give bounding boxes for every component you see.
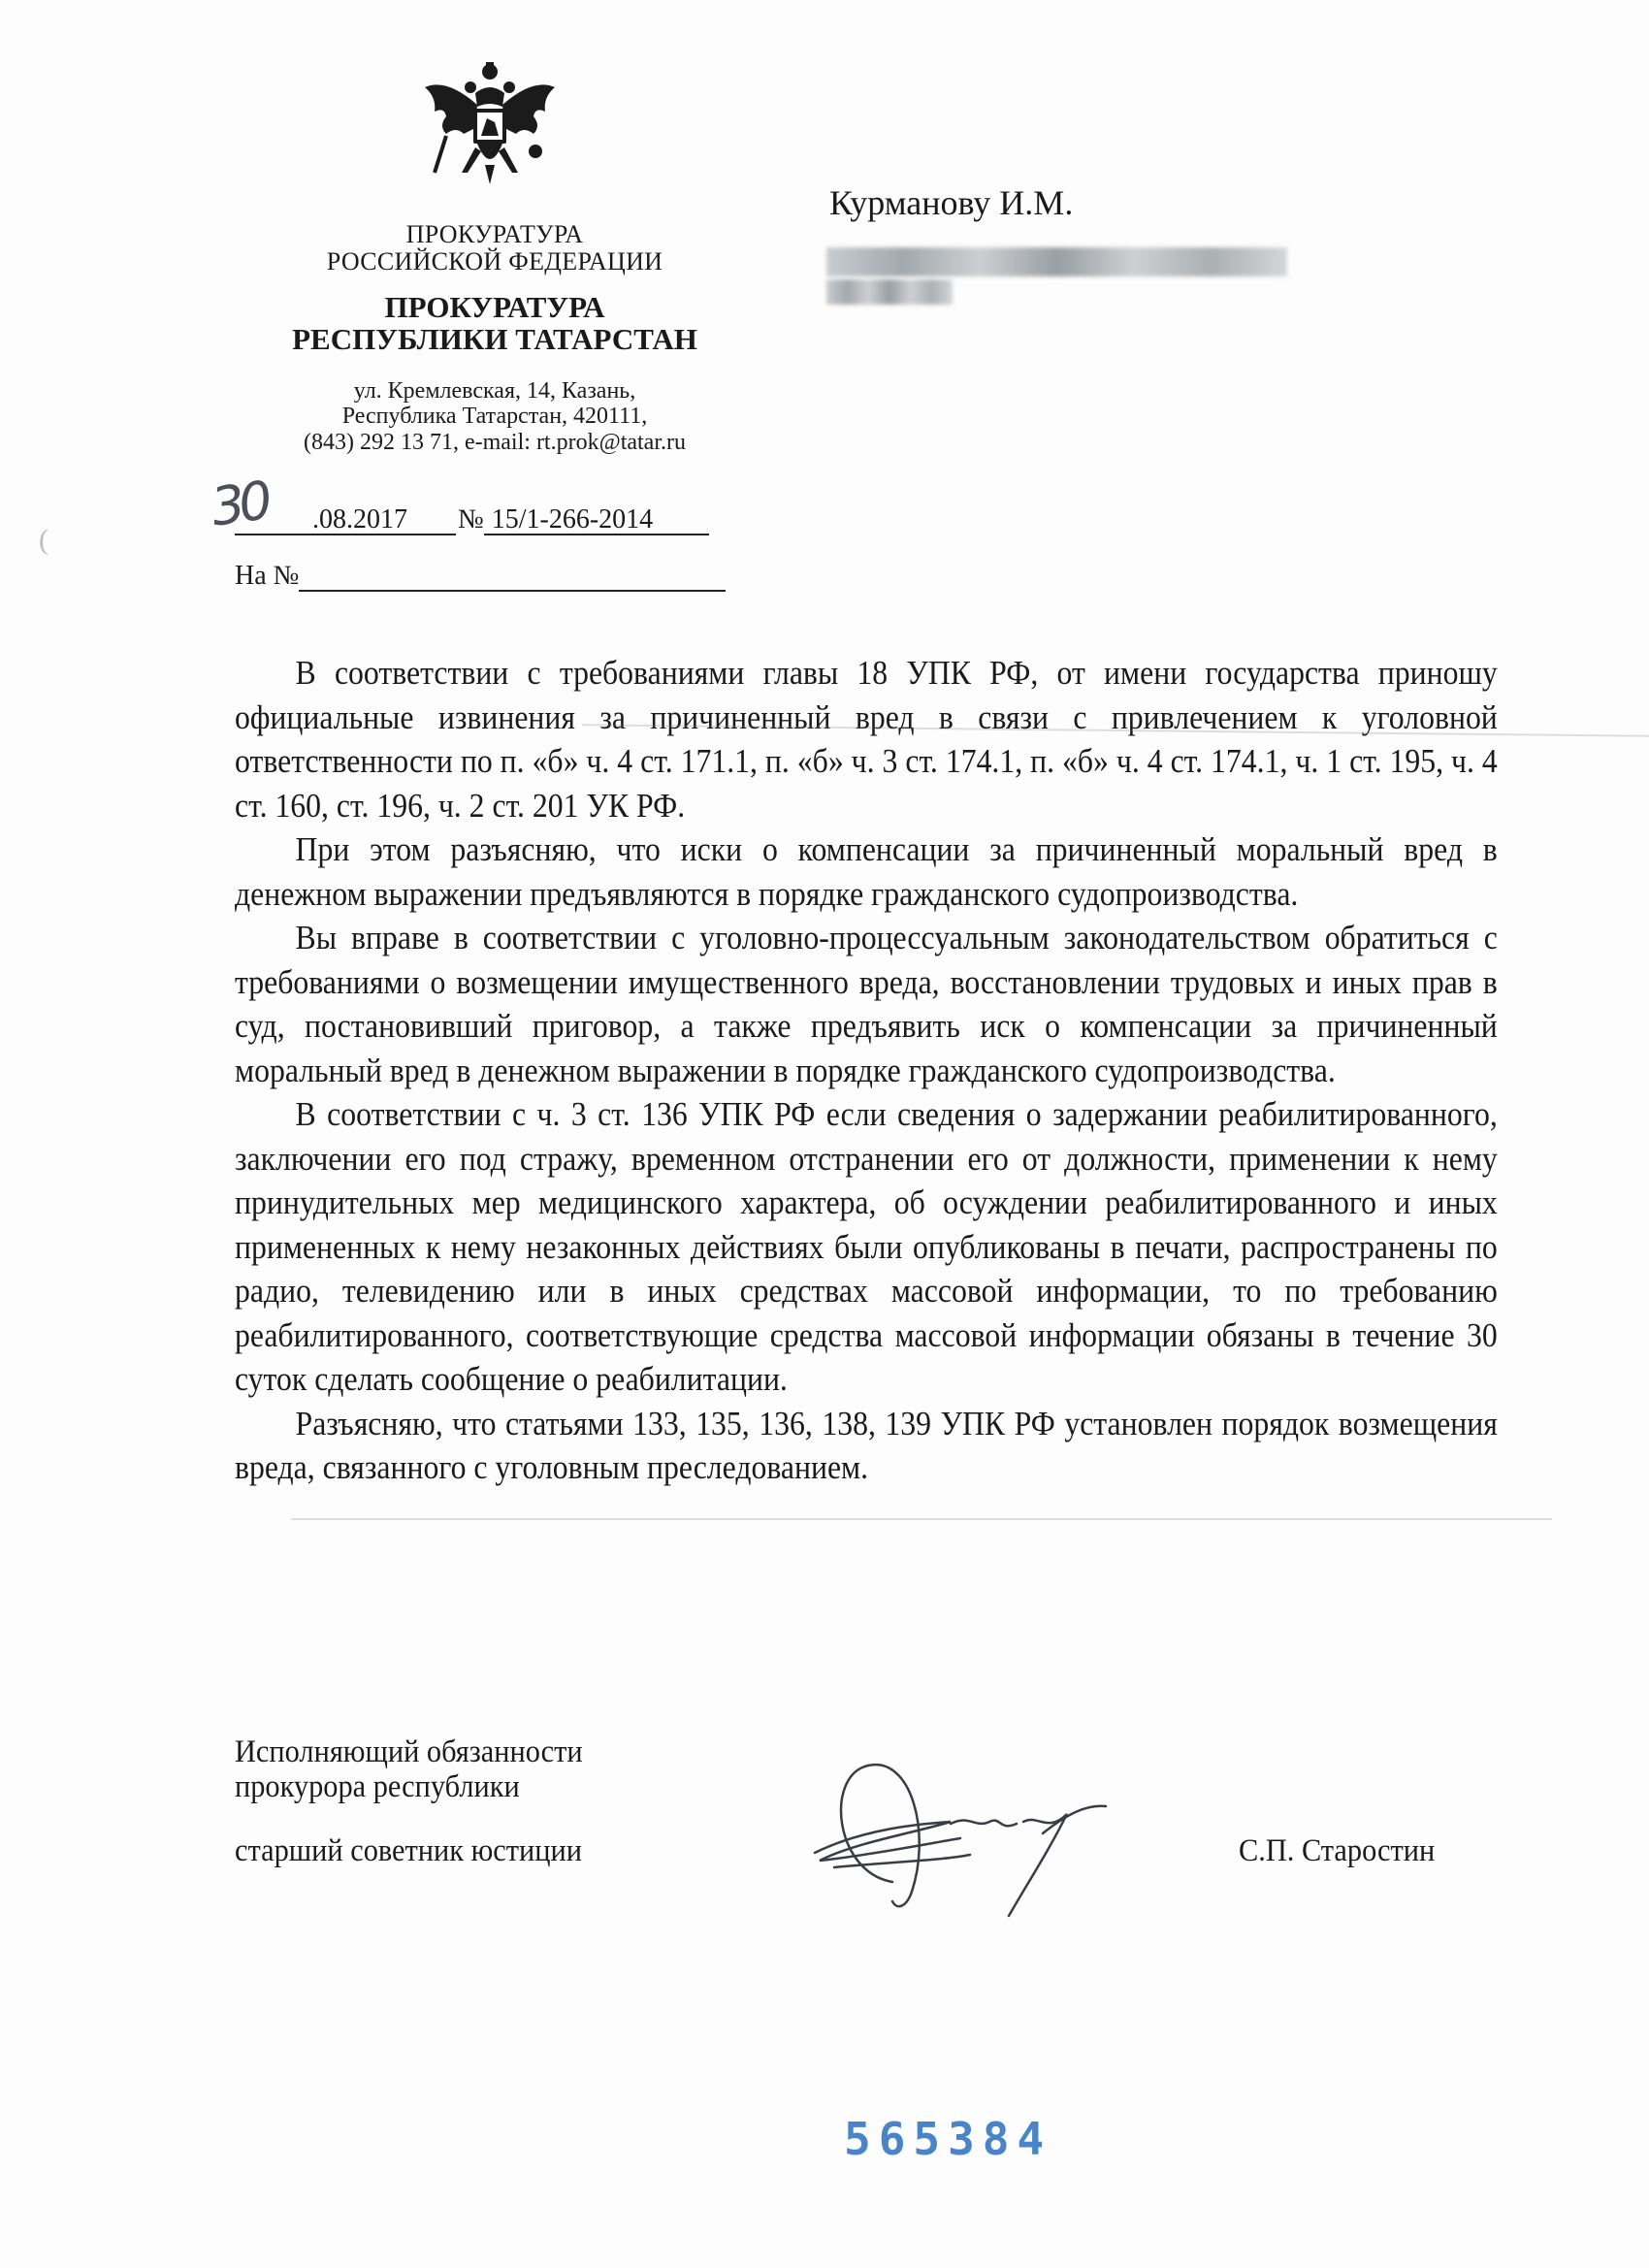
outgoing-date: .08.2017 bbox=[235, 504, 456, 535]
paper-crease bbox=[291, 1518, 1552, 1520]
address-line-1: ул. Кремлевская, 14, Казань, bbox=[233, 378, 757, 404]
org-line-2: РОССИЙСКОЙ ФЕДЕРАЦИИ bbox=[233, 248, 757, 275]
body-paragraph: Разъясняю, что статьями 133, 135, 136, 1… bbox=[235, 1403, 1498, 1491]
position-line-1: Исполняющий обязанности bbox=[235, 1734, 583, 1769]
letter-body: В соответствии с требованиями главы 18 У… bbox=[235, 652, 1498, 1491]
recipient-name: Курманову И.М. bbox=[829, 182, 1073, 223]
org-line-1: ПРОКУРАТУРА bbox=[233, 221, 757, 248]
signer-position: Исполняющий обязанности прокурора респуб… bbox=[235, 1734, 583, 1804]
dept-line-2: РЕСПУБЛИКИ ТАТАРСТАН bbox=[233, 323, 757, 355]
in-reply-reference: На № bbox=[235, 561, 726, 592]
org-address: ул. Кремлевская, 14, Казань, Республика … bbox=[233, 378, 757, 455]
in-reply-blank bbox=[299, 561, 726, 592]
org-name-regional: ПРОКУРАТУРА РЕСПУБЛИКИ ТАТАРСТАН bbox=[233, 291, 757, 356]
address-line-2: Республика Татарстан, 420111, bbox=[233, 404, 757, 429]
org-name-federal: ПРОКУРАТУРА РОССИЙСКОЙ ФЕДЕРАЦИИ bbox=[233, 221, 757, 275]
redacted-address-line-2 bbox=[826, 279, 953, 305]
body-paragraph: В соответствии с ч. 3 ст. 136 УПК РФ есл… bbox=[235, 1093, 1498, 1403]
scan-speck: ( bbox=[39, 524, 48, 557]
serial-number-stamp: 565384 bbox=[844, 2113, 1051, 2165]
number-value: 15/1-266-2014 bbox=[492, 504, 653, 535]
outgoing-reference: .08.2017№15/1-266-2014 bbox=[235, 504, 709, 535]
coat-of-arms-icon bbox=[417, 58, 563, 194]
body-paragraph: При этом разъясняю, что иски о компенсац… bbox=[235, 828, 1498, 917]
signer-rank: старший советник юстиции bbox=[235, 1833, 582, 1869]
letter-page: ПРОКУРАТУРА РОССИЙСКОЙ ФЕДЕРАЦИИ ПРОКУРА… bbox=[0, 0, 1649, 2268]
date-text: .08.2017 bbox=[312, 504, 407, 535]
number-label: № bbox=[458, 504, 484, 535]
outgoing-number: 15/1-266-2014 bbox=[484, 504, 709, 535]
dept-line-1: ПРОКУРАТУРА bbox=[233, 291, 757, 323]
signer-name: С.П. Старостин bbox=[1239, 1833, 1435, 1869]
handwritten-signature-icon bbox=[776, 1746, 1203, 1930]
body-paragraph: В соответствии с требованиями главы 18 У… bbox=[235, 652, 1498, 828]
in-reply-label: На № bbox=[235, 561, 299, 591]
body-paragraph: Вы вправе в соответствии с уголовно-проц… bbox=[235, 917, 1498, 1093]
address-line-3: (843) 292 13 71, e-mail: rt.prok@tatar.r… bbox=[233, 430, 757, 455]
redacted-address-line-1 bbox=[826, 247, 1287, 276]
position-line-2: прокурора республики bbox=[235, 1769, 583, 1804]
